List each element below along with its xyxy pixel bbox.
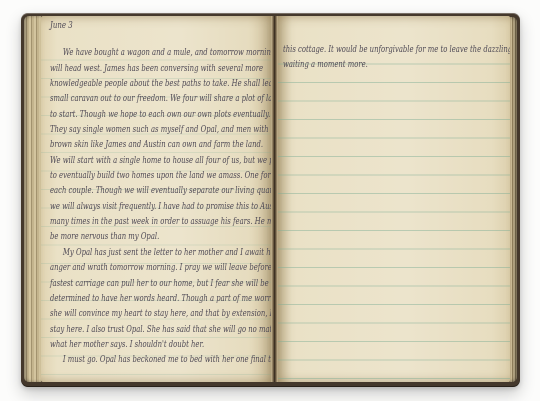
journal-left-page[interactable]: June 3 We have bought a wagon and a mule…	[41, 16, 271, 382]
left-page-lines: We have bought a wagon and a mule, and t…	[50, 46, 270, 368]
journal-line: small caravan out to our freedom. We fou…	[50, 92, 217, 107]
page-edges-left	[24, 16, 41, 382]
journal-book: June 3 We have bought a wagon and a mule…	[21, 13, 520, 387]
journal-line: she will convince my heart to stay here,…	[50, 307, 217, 322]
journal-line: to start. Though we hope to each own our…	[50, 108, 217, 123]
journal-line: They say single women such as myself and…	[50, 123, 217, 138]
journal-line: what her mother says. I shouldn't doubt …	[50, 338, 217, 353]
journal-right-page[interactable]: this cottage. It would be unforgivable f…	[278, 16, 510, 382]
journal-line: anger and wrath tomorrow morning. I pray…	[50, 261, 217, 276]
journal-line: We will start with a single home to hous…	[50, 154, 217, 169]
journal-line: will head west. James has been conversin…	[50, 62, 217, 77]
journal-line: brown skin like James and Austin can own…	[50, 138, 217, 153]
journal-line: be more nervous than my Opal.	[50, 230, 217, 245]
journal-line: My Opal has just sent the letter to her …	[50, 246, 217, 261]
left-page-text: June 3 We have bought a wagon and a mule…	[50, 19, 270, 369]
journal-line: determined to have her words heard. Thou…	[50, 292, 217, 307]
right-page-lines: this cottage. It would be unforgivable f…	[283, 43, 509, 74]
journal-date: June 3	[50, 19, 222, 34]
journal-line: knowledgeable people about the best path…	[50, 77, 217, 92]
right-page-text: this cottage. It would be unforgivable f…	[283, 43, 509, 74]
journal-line: each couple. Though we will eventually s…	[50, 184, 217, 199]
journal-line: many times in the past week in order to …	[50, 215, 217, 230]
journal-line: to eventually build two homes upon the l…	[50, 169, 217, 184]
book-spine	[271, 16, 278, 382]
journal-line: stay here. I also trust Opal. She has sa…	[50, 323, 217, 338]
journal-line: this cottage. It would be unforgivable f…	[283, 43, 455, 58]
journal-line: waiting a moment more.	[283, 58, 455, 73]
journal-line: I must go. Opal has beckoned me to bed w…	[50, 353, 217, 368]
journal-line: we will always visit frequently. I have …	[50, 200, 217, 215]
journal-line: We have bought a wagon and a mule, and t…	[50, 46, 217, 61]
ruled-lines-right	[278, 46, 510, 380]
journal-line: fastest carriage can pull her to our hom…	[50, 277, 217, 292]
